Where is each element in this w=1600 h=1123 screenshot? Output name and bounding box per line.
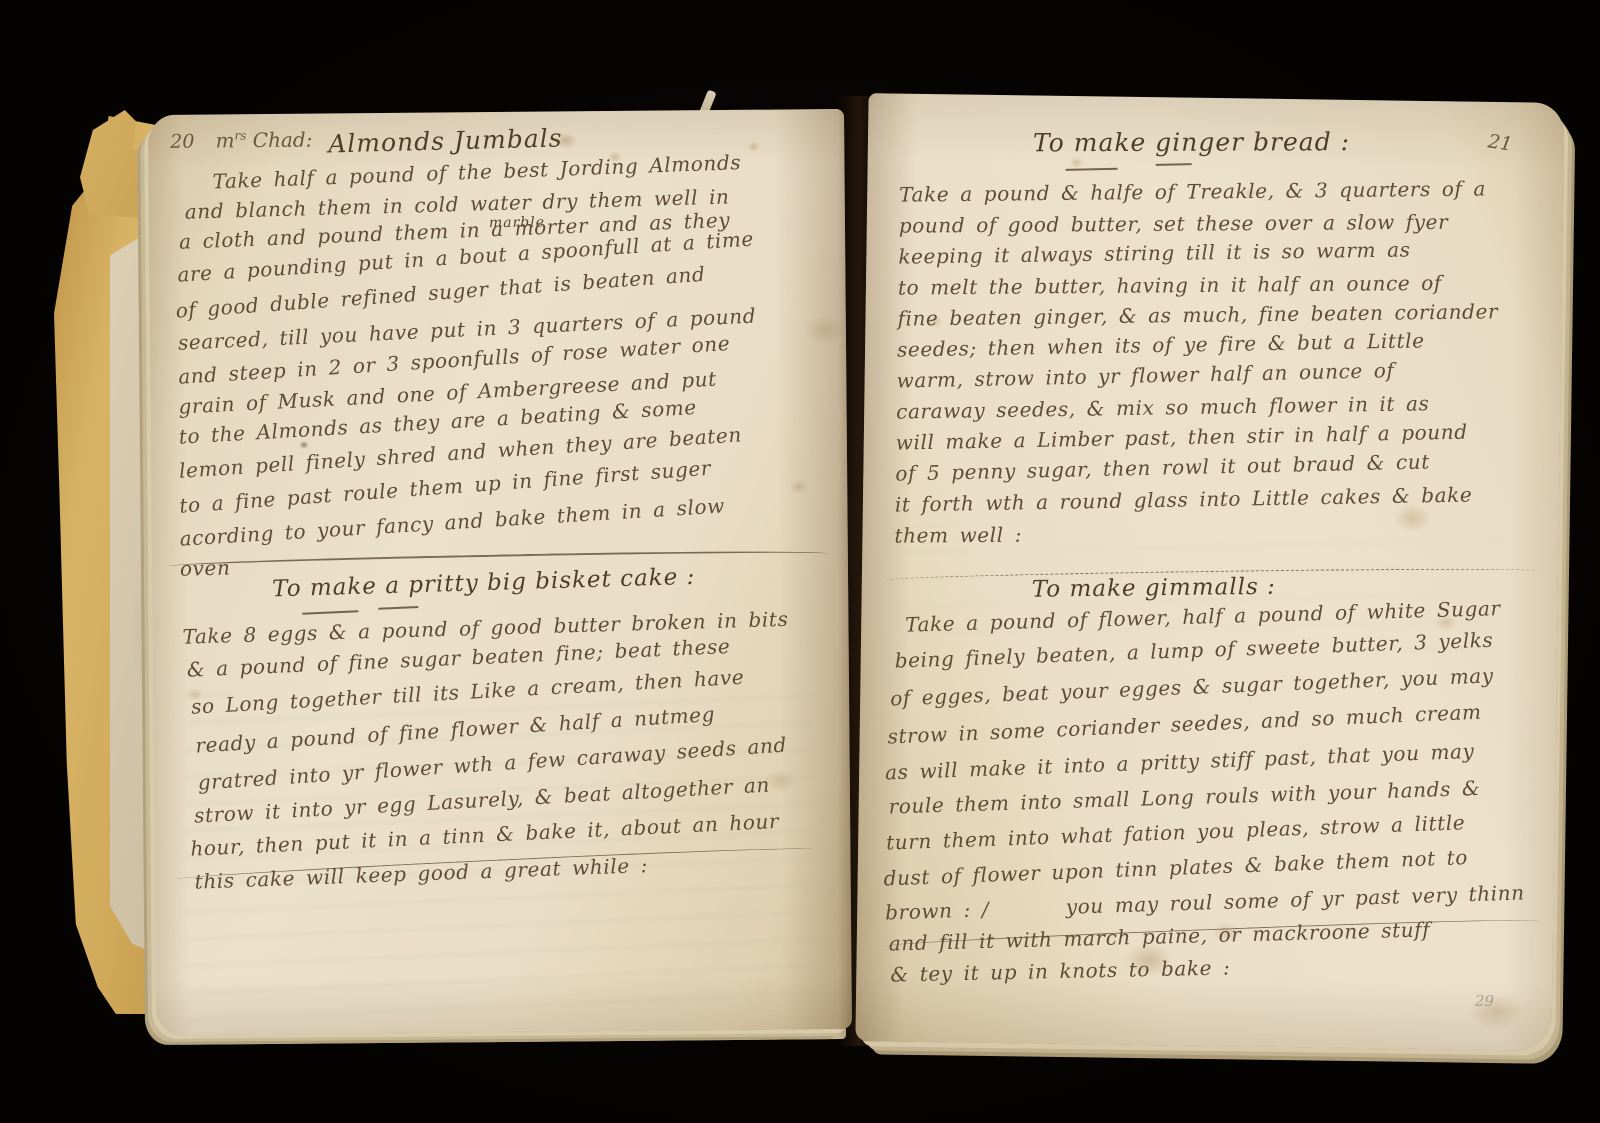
handwritten-line: and blanch them in cold water dry them w… (184, 179, 827, 227)
recipe-almond-jumbals-body: Take half a pound of the best Jording Al… (176, 161, 830, 584)
interlinear-insertion: marble (489, 215, 545, 231)
recipe-title-gimmalls: To make gimmalls : (1032, 574, 1276, 603)
owner-attribution: mrs Chad: (215, 128, 312, 153)
ink-divider (168, 548, 828, 567)
page-number: 21 (1486, 130, 1513, 155)
ink-divider (886, 566, 1536, 580)
handwritten-line: lemon pell finely shred and when they ar… (178, 414, 829, 486)
ink-divider (885, 916, 1540, 946)
handwritten-line: Take 8 eggs & a pound of good butter bro… (182, 602, 828, 654)
handwritten-line: fine beaten ginger, & as much, fine beat… (897, 296, 1542, 335)
handwritten-line: & a pound of fine sugar beaten fine; bea… (186, 626, 828, 687)
pencil-corner-number: 29 (1475, 992, 1494, 1010)
handwritten-line: pound of good butter, set these over a s… (899, 206, 1544, 242)
handwritten-line: keeping it always stiring till it is so … (898, 233, 1543, 273)
handwritten-line: caraway seedes, & mix so much flower in … (896, 386, 1541, 427)
handwritten-line: brown : / you may roul some of yr past v… (885, 877, 1542, 929)
handwritten-line: turn them into what fation you pleas, st… (886, 805, 1543, 859)
handwritten-line: strow it into yr egg Lasurely, & beat al… (193, 765, 829, 832)
handwritten-line: ready a pound of fine flower & half a nu… (195, 691, 829, 763)
handwritten-line: grain of Musk and one of Ambergreese and… (178, 358, 829, 422)
handwritten-line: Take a pound of flower, half a pound of … (905, 592, 1546, 641)
handwritten-line: this cake will keep good a great while : (194, 842, 830, 898)
handwritten-line: Take half a pound of the best Jording Al… (212, 144, 827, 196)
recipe-gimmalls-body: Take a pound of flower, half a pound of … (890, 610, 1545, 1000)
ink-bleed-through (183, 689, 816, 1024)
handwritten-line: of 5 penny sugar, then rowl it out braud… (895, 444, 1541, 490)
handwritten-line: hour, then put it in a tinn & bake it, a… (190, 803, 830, 866)
handwritten-line: Take a pound & halfe of Treakle, & 3 qua… (899, 173, 1544, 211)
handwritten-line: to a fine past roule them up in fine fir… (178, 444, 828, 520)
handwritten-line: as will make it into a pritty stiff past… (885, 733, 1544, 788)
handwritten-line: strow in some coriander seedes, and so m… (887, 694, 1544, 752)
handwritten-line: roule them into small Long rouls with yo… (888, 771, 1543, 823)
handwritten-line: it forth wth a round glass into Little c… (895, 478, 1540, 520)
title-underline-dash (302, 610, 358, 614)
handwritten-line: so Long together till its Like a cream, … (190, 656, 828, 723)
handwritten-line: oven (180, 537, 831, 584)
ink-bleed-through (901, 524, 1503, 652)
handwritten-line: searced, till you have put in 3 quarters… (177, 297, 828, 358)
foxing-stains (148, 109, 852, 1035)
title-underline-dash (1156, 163, 1192, 166)
handwritten-line: warm, strow into yr flower half an ounce… (896, 352, 1542, 397)
recipe-bisket-cake-body: Take 8 eggs & a pound of good butter bro… (182, 615, 829, 899)
handwritten-line: and steep in 2 or 3 spoonfulls of rose w… (177, 322, 828, 392)
title-underline-dash (1066, 168, 1118, 171)
handwritten-line: and fill it with march paine, or mackroo… (888, 911, 1541, 959)
title-underline-dash (378, 606, 418, 610)
ink-divider (175, 845, 815, 880)
photograph-of-manuscript-cookbook: 20 mrs Chad: Almonds Jumbals marble Take… (0, 0, 1600, 1123)
handwritten-line: them well : (894, 516, 1539, 552)
foxing-stains (855, 93, 1564, 1051)
handwritten-line: to the Almonds as they are a beating & s… (178, 384, 829, 451)
page-number: 20 (170, 131, 194, 153)
handwritten-line: to melt the butter, having in it half an… (898, 267, 1543, 304)
handwritten-line: are a pounding put in a bout a spoonfull… (176, 219, 827, 290)
handwritten-line: gratred into yr flower wth a few caraway… (197, 726, 829, 800)
left-page-header: 20 mrs Chad: (170, 128, 312, 153)
right-page: To make ginger bread : 21 Take a pound &… (855, 93, 1564, 1051)
handwritten-line: acording to your fancy and bake them in … (179, 484, 830, 554)
handwritten-line: a cloth and pound them in a morter and a… (179, 201, 828, 257)
recipe-title-almond-jumbals: Almonds Jumbals (328, 123, 563, 158)
recipe-title-bisket-cake: To make a pritty big bisket cake : (272, 564, 696, 603)
handwritten-line: being finely beaten, a lump of sweete bu… (894, 623, 1545, 677)
left-page: 20 mrs Chad: Almonds Jumbals marble Take… (148, 109, 852, 1035)
handwritten-line: & tey it up in knots to bake : (890, 946, 1541, 991)
recipe-ginger-bread-body: Take a pound & halfe of Treakle, & 3 qua… (894, 180, 1544, 561)
handwritten-line: dust of flower upon tinn plates & bake t… (883, 839, 1542, 894)
handwritten-line: will make a Limber past, then stir in ha… (895, 415, 1540, 458)
recipe-title-ginger-bread: To make ginger bread : (1033, 127, 1350, 157)
handwritten-line: seedes; then when its of ye fire & but a… (897, 323, 1542, 365)
handwritten-line: of good duble refined suger that is beat… (175, 250, 828, 325)
handwritten-line: of egges, beat your egges & sugar togeth… (890, 658, 1545, 714)
